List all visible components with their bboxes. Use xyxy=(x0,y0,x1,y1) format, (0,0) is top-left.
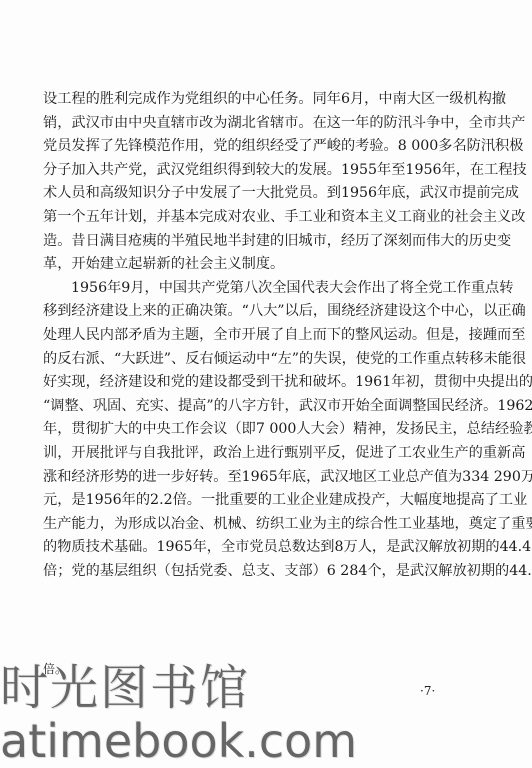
text-line: 第一个五年计划，并基本完成对农业、手工业和资本主义工商业的社会主义改 xyxy=(43,206,467,230)
text-line: 党员发挥了先锋模范作用，党的组织经受了严峻的考验。8 000多名防汛积极 xyxy=(43,135,467,159)
watermark-url: atimebook.com xyxy=(0,715,357,767)
text-line: 设工程的胜利完成作为党组织的中心任务。同年6月，中南大区一级机构撤 xyxy=(43,88,467,112)
text-line: 造。昔日满目疮痍的半殖民地半封建的旧城市，经历了深刻而伟大的历史变 xyxy=(43,230,467,254)
text-line: 的反右派、“大跃进”、反右倾运动中“左”的失误，使党的工作重点转移未能很 xyxy=(43,348,467,372)
text-line: 处理人民内部矛盾为主题，全市开展了自上而下的整风运动。但是，接踵而至 xyxy=(43,324,467,348)
text-line: 术人员和高级知识分子中发展了一大批党员。到1956年底，武汉市提前完成 xyxy=(43,182,467,206)
text-line: 倍；党的基层组织（包括党委、总支、支部）6 284个，是武汉解放初期的44.5 xyxy=(43,560,467,584)
page-number: ·7· xyxy=(420,684,435,698)
text-line: 移到经济建设上来的正确决策。“八大”以后，围绕经济建设这个中心，以正确 xyxy=(43,300,467,324)
text-line: 销，武汉市由中央直辖市改为湖北省辖市。在这一年的防汛斗争中，全市共产 xyxy=(43,112,467,136)
text-line: 涨和经济形势的进一步好转。至1965年底，武汉地区工业总产值为334 290万 xyxy=(43,466,467,490)
text-line: 的物质技术基础。1965年，全市党员总数达到8万人，是武汉解放初期的44.4 xyxy=(43,536,467,560)
text-line: 好实现，经济建设和党的建设都受到干扰和破坏。1961年初，贯彻中央提出的 xyxy=(43,371,467,395)
text-line: 训，开展批评与自我批评，政治上进行甄别平反，促进了工农业生产的重新高 xyxy=(43,442,467,466)
text-line: 年，贯彻扩大的中央工作会议（即7 000人大会）精神，发扬民主，总结经验教 xyxy=(43,418,467,442)
text-line: 分子加入共产党，武汉党组织得到较大的发展。1955年至1956年，在工程技 xyxy=(43,159,467,183)
book-page: 设工程的胜利完成作为党组织的中心任务。同年6月，中南大区一级机构撤 销，武汉市由… xyxy=(0,0,532,768)
text-line-paragraph-end: 革，开始建立起崭新的社会主义制度。 xyxy=(43,253,467,277)
text-line: 元，是1956年的2.2倍。一批重要的工业企业建成投产，大幅度地提高了工业 xyxy=(43,489,467,513)
paragraph-orphan-text: 倍。 xyxy=(43,660,67,677)
watermark-chinese: 时光图书馆 xyxy=(0,660,250,716)
body-text: 设工程的胜利完成作为党组织的中心任务。同年6月，中南大区一级机构撤 销，武汉市由… xyxy=(43,88,467,583)
text-line: “调整、巩固、充实、提高”的八字方针，武汉市开始全面调整国民经济。1962 xyxy=(43,395,467,419)
text-line-paragraph-start: 1956年9月，中国共产党第八次全国代表大会作出了将全党工作重点转 xyxy=(43,277,467,301)
text-line: 生产能力，为形成以冶金、机械、纺织工业为主的综合性工业基地，奠定了重要 xyxy=(43,513,467,537)
